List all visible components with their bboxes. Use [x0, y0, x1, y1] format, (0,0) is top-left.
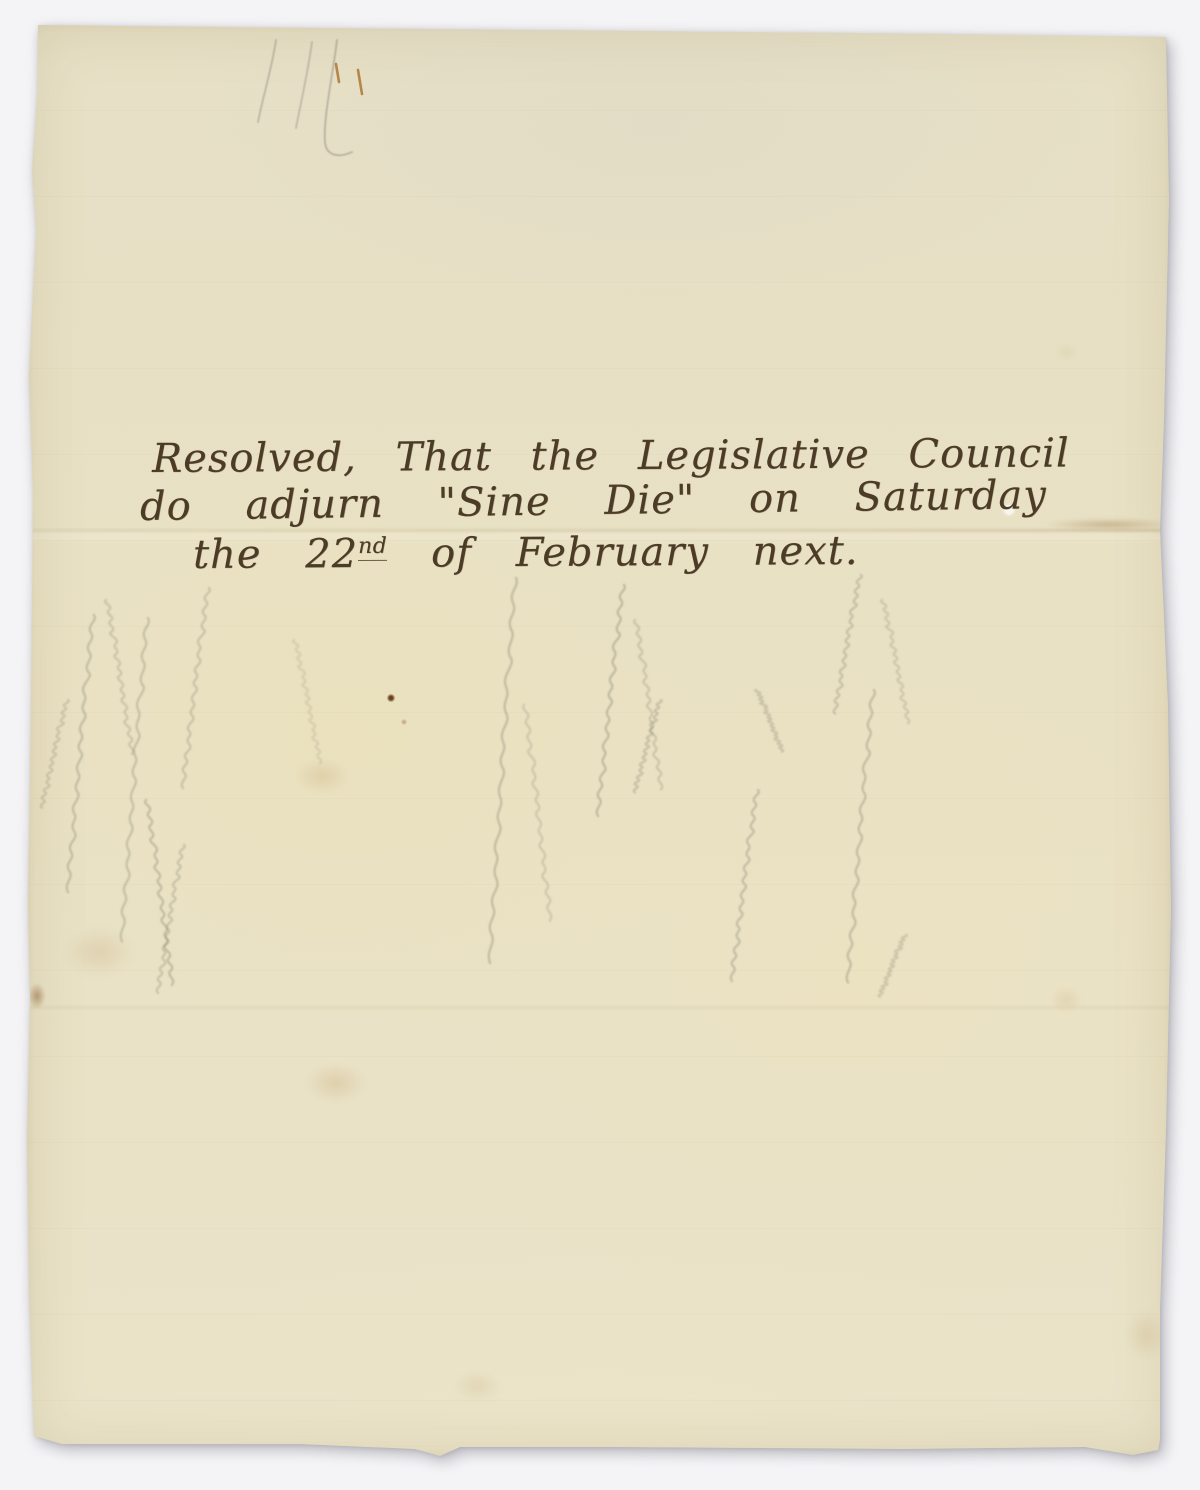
manuscript-text: of February next.	[387, 528, 858, 577]
stain	[401, 719, 407, 725]
manuscript-text: the 22	[193, 531, 358, 578]
stain	[387, 694, 395, 702]
stain	[297, 760, 347, 792]
manuscript-line-3: the 22nd of February next.	[193, 528, 859, 578]
stain	[1052, 989, 1080, 1011]
fold-crease-faint	[27, 1006, 1172, 1009]
ordinal-superscript: nd	[358, 534, 387, 561]
stain	[1055, 344, 1077, 360]
pencil-mark	[258, 40, 352, 155]
stain	[67, 929, 131, 975]
stain	[1047, 519, 1172, 530]
rust-marks	[336, 64, 362, 94]
stain	[1127, 1312, 1165, 1358]
stain	[455, 1372, 499, 1400]
paper-shadow: Resolved, That the Legislative Council d…	[0, 0, 1200, 1490]
ink-bleedthrough	[27, 24, 1172, 1457]
document-page: Resolved, That the Legislative Council d…	[27, 24, 1172, 1457]
paper-edge-vignette	[27, 24, 1172, 1457]
scanner-background: { "document": { "kind": "handwritten man…	[0, 0, 1200, 1490]
stain	[29, 984, 45, 1008]
stain	[307, 1064, 365, 1102]
